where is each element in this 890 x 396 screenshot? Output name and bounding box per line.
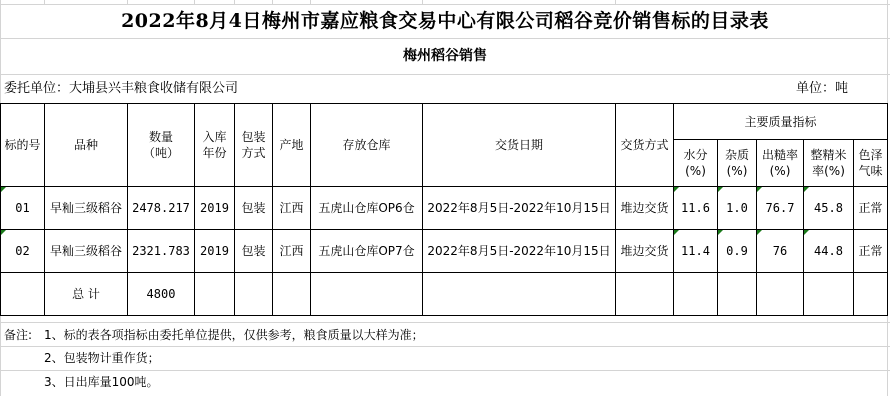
header-impurity-text: 杂质(%)	[721, 147, 752, 179]
cell-color-odor: 正常	[854, 187, 888, 230]
cell-color-odor: 正常	[854, 230, 888, 273]
header-color-odor: 色泽气味	[854, 140, 888, 187]
cell-delivery-method: 堆边交货	[616, 187, 674, 230]
cell-lot-no: 01	[1, 187, 45, 230]
text-format-indicator-icon	[1, 187, 6, 192]
text-format-indicator-icon	[674, 230, 679, 235]
header-color-odor-text: 色泽气味	[859, 147, 883, 179]
cell-warehouse: 五虎山仓库OP6仓	[311, 187, 423, 230]
unit-label: 单位：吨	[796, 76, 848, 102]
text-format-indicator-icon	[718, 187, 723, 192]
text-format-indicator-icon	[718, 230, 723, 235]
header-delivery-method: 交货方式	[616, 104, 674, 187]
cell-moisture: 11.6	[674, 187, 718, 230]
cell-quantity: 2321.783	[128, 230, 195, 273]
header-head-rice-text: 整精米率(%)	[811, 147, 847, 179]
page-title: 2022年8月4日梅州市嘉应粮食交易中心有限公司稻谷竞价销售标的目录表	[0, 4, 890, 38]
client-label: 委托单位：大埔县兴丰粮食收储有限公司	[4, 76, 238, 102]
header-packaging-text: 包装方式	[242, 129, 266, 161]
cell-text: 0.9	[726, 244, 748, 258]
text-format-indicator-icon	[1, 230, 6, 235]
cell-head-rice: 45.8	[804, 187, 854, 230]
note-item-1: 1、标的表各项指标由委托单位提供，仅供参考，粮食质量以大样为准；	[44, 324, 424, 346]
cell-impurity: 0.9	[718, 230, 757, 273]
cell-empty	[273, 273, 311, 316]
cell-origin: 江西	[273, 230, 311, 273]
cell-text: 堆边交货	[620, 244, 668, 258]
cell-variety: 早籼三级稻谷	[45, 230, 128, 273]
cell-lot-no: 02	[1, 230, 45, 273]
cell-quantity: 2478.217	[128, 187, 195, 230]
page-subtitle: 梅州稻谷销售	[0, 39, 890, 74]
cell-empty	[311, 273, 423, 316]
cell-empty	[674, 273, 718, 316]
cell-packaging: 包装	[235, 230, 273, 273]
cell-year: 2019	[195, 230, 235, 273]
lot-table: 标的号 品种 数量（吨） 入库年份 包装方式 产地 存放仓库 交货日期 交货方式…	[0, 103, 888, 316]
header-impurity: 杂质(%)	[718, 140, 757, 187]
cell-husking: 76.7	[757, 187, 804, 230]
cell-moisture: 11.4	[674, 230, 718, 273]
cell-empty	[804, 273, 854, 316]
header-head-rice: 整精米率(%)	[804, 140, 854, 187]
gridline	[0, 74, 890, 75]
cell-text: 44.8	[814, 244, 843, 258]
header-quantity-text: 数量（吨）	[143, 129, 179, 161]
cell-delivery-date: 2022年8月5日-2022年10月15日	[423, 187, 616, 230]
cell-head-rice: 44.8	[804, 230, 854, 273]
header-packaging: 包装方式	[235, 104, 273, 187]
total-quantity: 4800	[128, 273, 195, 316]
cell-empty	[235, 273, 273, 316]
cell-empty	[1, 273, 45, 316]
cell-delivery-date: 2022年8月5日-2022年10月15日	[423, 230, 616, 273]
cell-text: 76.7	[766, 201, 795, 215]
header-year-text: 入库年份	[203, 129, 227, 161]
cell-text: 1.0	[726, 201, 748, 215]
cell-husking: 76	[757, 230, 804, 273]
cell-text: 11.4	[681, 244, 710, 258]
cell-packaging: 包装	[235, 187, 273, 230]
cell-empty	[757, 273, 804, 316]
cell-empty	[616, 273, 674, 316]
text-format-indicator-icon	[757, 187, 762, 192]
cell-text: 45.8	[814, 201, 843, 215]
header-husking-text: 出糙率(%)	[762, 147, 798, 179]
table-row: 01 早籼三级稻谷 2478.217 2019 包装 江西 五虎山仓库OP6仓 …	[1, 187, 888, 230]
cell-text: 76	[773, 244, 787, 258]
total-label: 总 计	[45, 273, 128, 316]
header-lot-no: 标的号	[1, 104, 45, 187]
header-quality-group: 主要质量指标	[674, 104, 888, 140]
cell-year: 2019	[195, 187, 235, 230]
cell-empty	[423, 273, 616, 316]
text-format-indicator-icon	[674, 187, 679, 192]
cell-empty	[195, 273, 235, 316]
note-item-3: 3、日出库量100吨。	[44, 371, 159, 393]
notes-prefix: 备注:	[4, 324, 32, 346]
cell-empty	[718, 273, 757, 316]
header-husking: 出糙率(%)	[757, 140, 804, 187]
note-item-2: 2、包装物计重作货；	[44, 347, 160, 369]
header-delivery-date: 交货日期	[423, 104, 616, 187]
total-row: 总 计 4800	[1, 273, 888, 316]
header-origin: 产地	[273, 104, 311, 187]
text-format-indicator-icon	[804, 187, 809, 192]
header-warehouse: 存放仓库	[311, 104, 423, 187]
cell-text: 11.6	[681, 201, 710, 215]
header-quantity: 数量（吨）	[128, 104, 195, 187]
gridline	[0, 322, 890, 323]
cell-text: 01	[15, 201, 29, 215]
cell-warehouse: 五虎山仓库OP7仓	[311, 230, 423, 273]
table-row: 02 早籼三级稻谷 2321.783 2019 包装 江西 五虎山仓库OP7仓 …	[1, 230, 888, 273]
cell-impurity: 1.0	[718, 187, 757, 230]
header-moisture-text: 水分(%)	[680, 147, 711, 179]
header-year: 入库年份	[195, 104, 235, 187]
spreadsheet: 2022年8月4日梅州市嘉应粮食交易中心有限公司稻谷竞价销售标的目录表 梅州稻谷…	[0, 0, 890, 396]
cell-origin: 江西	[273, 187, 311, 230]
cell-empty	[854, 273, 888, 316]
header-moisture: 水分(%)	[674, 140, 718, 187]
cell-variety: 早籼三级稻谷	[45, 187, 128, 230]
text-format-indicator-icon	[804, 230, 809, 235]
cell-delivery-method: 堆边交货	[616, 230, 674, 273]
text-format-indicator-icon	[757, 230, 762, 235]
header-variety: 品种	[45, 104, 128, 187]
cell-text: 02	[15, 244, 29, 258]
